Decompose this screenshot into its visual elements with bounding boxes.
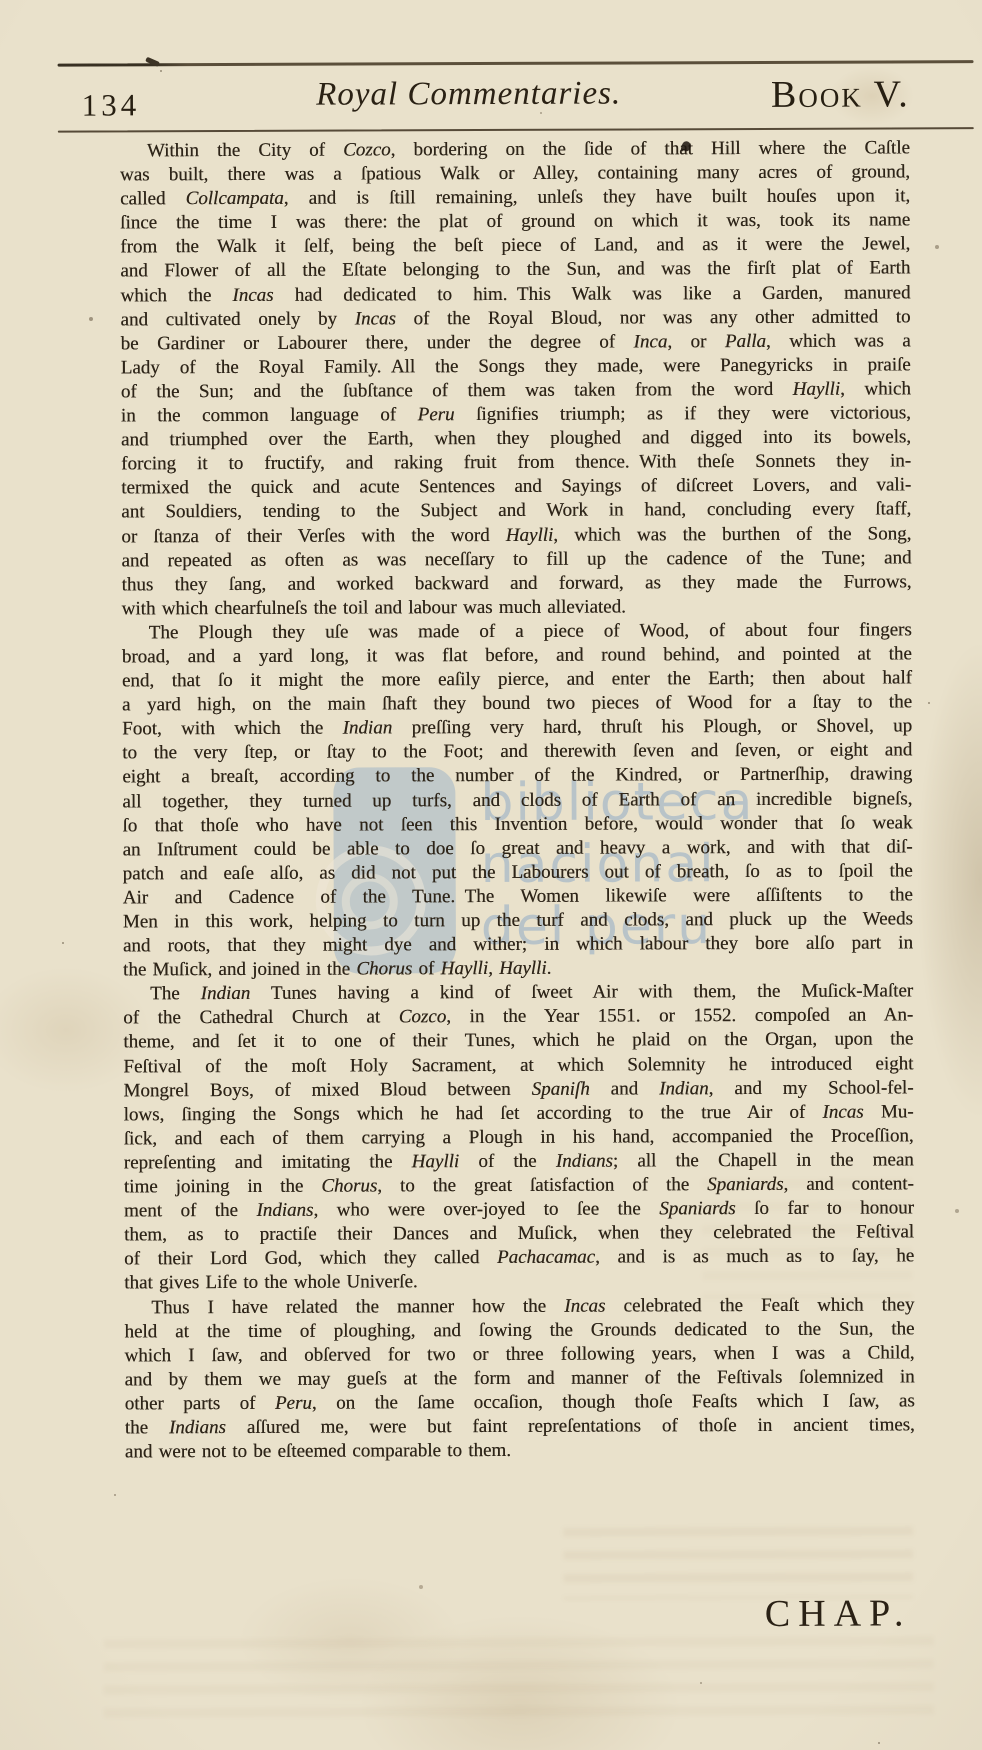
body-text: Within the City of Cozco, bordering on t… <box>120 136 915 1464</box>
show-through-smudge <box>104 1636 934 1719</box>
paragraph-1: Within the City of Cozco, bordering on t… <box>120 136 912 621</box>
catchword: CHAP. <box>765 1591 912 1636</box>
book-volume-label: Book V. <box>771 72 910 117</box>
paragraph-2: The Plough they uſe was made of a piece … <box>122 618 913 982</box>
paper-specks <box>0 0 2 2</box>
paragraph-4: Thus I have related the manner how the I… <box>124 1293 915 1465</box>
paragraph-3: The Indian Tunes having a kind of ſweet … <box>123 980 914 1296</box>
header-rule-top <box>58 60 974 67</box>
ink-blot <box>682 141 691 151</box>
page-content: 134 Royal Commentaries. Book V. bibliote… <box>0 0 982 1750</box>
header-rule-bottom <box>58 127 974 133</box>
show-through-smudge <box>563 1526 913 1599</box>
book-page-scan: 134 Royal Commentaries. Book V. bibliote… <box>0 0 982 1750</box>
